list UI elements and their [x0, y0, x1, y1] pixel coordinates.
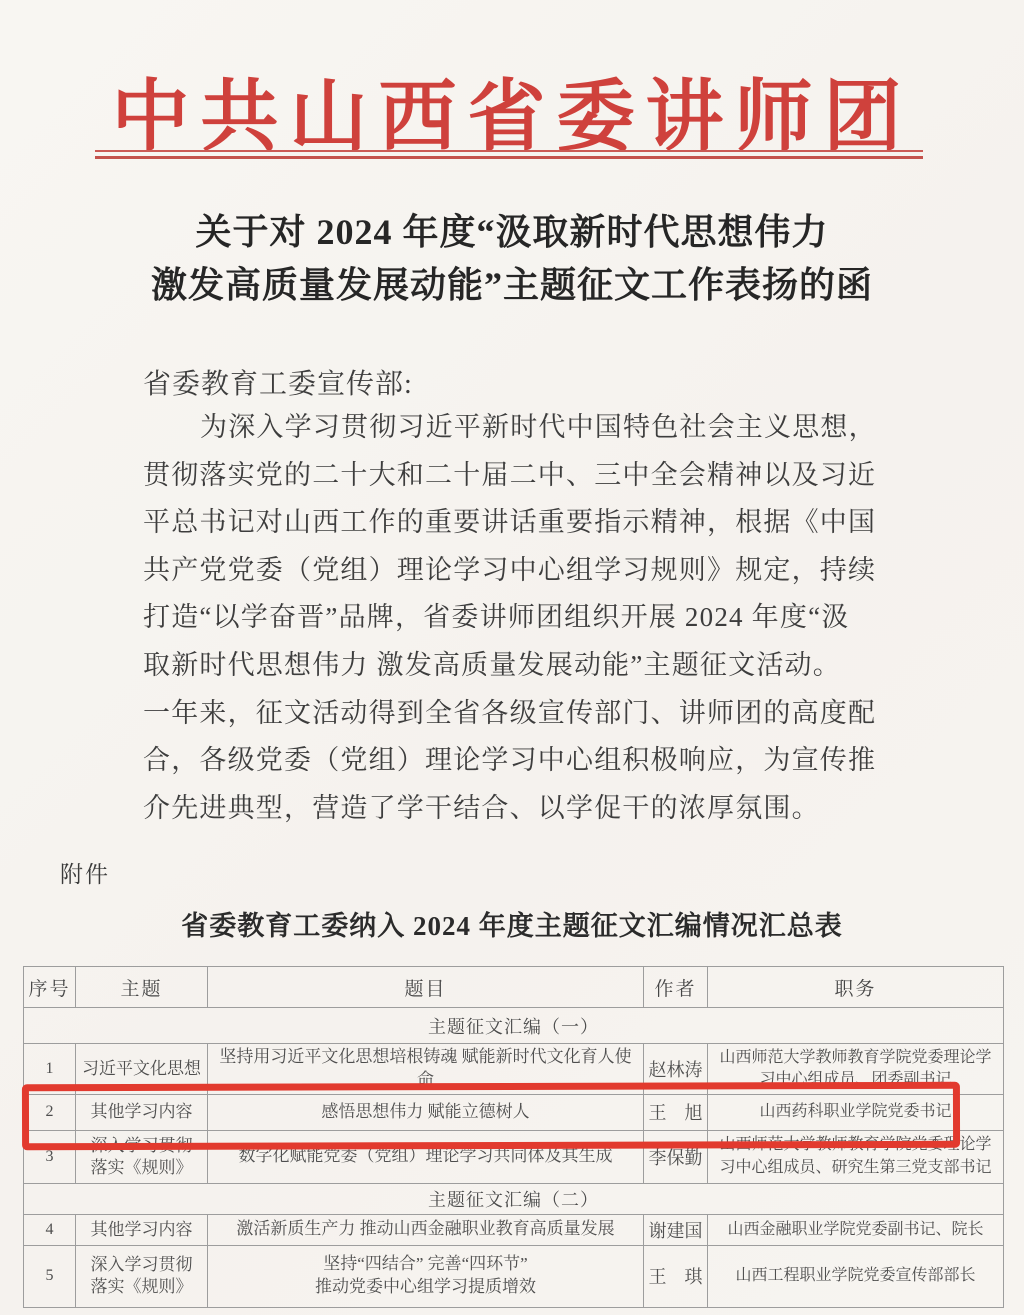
- column-header-position: 职务: [708, 967, 1004, 1008]
- table-row: 5 深入学习贯彻 落实《规则》 坚持“四结合” 完善“四环节” 推动党委中心组学…: [24, 1245, 1004, 1307]
- paragraph-line: 介先进典型，营造了学干结合、以学促干的浓厚氛围。: [143, 785, 903, 833]
- section-row-2: 主题征文汇编（二）: [24, 1183, 1004, 1214]
- paragraph-line: 为深入学习贯彻习近平新时代中国特色社会主义思想，: [143, 404, 903, 452]
- cell-theme: 深入学习贯彻 落实《规则》: [76, 1245, 208, 1307]
- cell-author: 谢建国: [644, 1214, 708, 1245]
- body-paragraph: 为深入学习贯彻习近平新时代中国特色社会主义思想， 贯彻落实党的二十大和二十届二中…: [143, 404, 903, 832]
- table-row: 4 其他学习内容 激活新质生产力 推动山西金融职业教育高质量发展 谢建国 山西金…: [24, 1214, 1004, 1245]
- column-header-title: 题目: [208, 967, 644, 1008]
- cell-title-line1: 坚持“四结合” 完善“四环节”: [212, 1253, 639, 1276]
- cell-position: 山西工程职业学院党委宣传部部长: [708, 1245, 1004, 1307]
- table-title: 省委教育工委纳入 2024 年度主题征文汇编情况汇总表: [0, 904, 1024, 943]
- cell-title: 激活新质生产力 推动山西金融职业教育高质量发展: [208, 1214, 644, 1245]
- letterhead-double-rule: [95, 150, 923, 159]
- column-header-no: 序号: [24, 967, 76, 1008]
- paragraph-line: 共产党党委（党组）理论学习中心组学习规则》规定，持续: [143, 547, 903, 595]
- column-header-theme: 主题: [76, 967, 208, 1008]
- paragraph-line: 一年来，征文活动得到全省各级宣传部门、讲师团的高度配: [143, 690, 903, 738]
- attachment-label: 附件: [60, 856, 110, 889]
- cell-title-line2: 推动党委中心组学习提质增效: [212, 1276, 639, 1299]
- section-label-1: 主题征文汇编（一）: [24, 1008, 1004, 1044]
- document-title: 关于对 2024 年度“汲取新时代思想伟力 激发高质量发展动能”主题征文工作表扬…: [0, 206, 1024, 312]
- cell-no: 5: [24, 1245, 76, 1307]
- document-title-line2: 激发高质量发展动能”主题征文工作表扬的函: [0, 259, 1024, 312]
- section-row-1: 主题征文汇编（一）: [24, 1008, 1004, 1044]
- red-highlight-annotation: [22, 1082, 960, 1150]
- cell-theme-line2: 落实《规则》: [80, 1157, 203, 1179]
- paragraph-line: 贯彻落实党的二十大和二十届二中、三中全会精神以及习近: [143, 452, 903, 500]
- cell-no: 4: [24, 1214, 76, 1245]
- cell-position: 山西金融职业学院党委副书记、院长: [708, 1214, 1004, 1245]
- cell-title: 坚持“四结合” 完善“四环节” 推动党委中心组学习提质增效: [208, 1245, 644, 1307]
- paragraph-line: 平总书记对山西工作的重要讲话重要指示精神，根据《中国: [143, 499, 903, 547]
- paragraph-line: 取新时代思想伟力 激发高质量发展动能”主题征文活动。: [143, 642, 903, 690]
- paragraph-line: 合，各级党委（党组）理论学习中心组积极响应，为宣传推: [143, 737, 903, 785]
- paragraph-line: 打造“以学奋晋”品牌，省委讲师团组织开展 2024 年度“汲: [143, 594, 903, 642]
- salutation: 省委教育工委宣传部:: [143, 362, 413, 402]
- scanned-document-page: 中共山西省委讲师团 关于对 2024 年度“汲取新时代思想伟力 激发高质量发展动…: [0, 0, 1024, 1315]
- document-title-line1: 关于对 2024 年度“汲取新时代思想伟力: [0, 206, 1024, 259]
- cell-theme-line1: 深入学习贯彻: [80, 1254, 203, 1276]
- table-header-row: 序号 主题 题目 作者 职务: [24, 967, 1004, 1008]
- cell-theme-line2: 落实《规则》: [80, 1276, 203, 1298]
- section-label-2: 主题征文汇编（二）: [24, 1183, 1004, 1214]
- cell-theme: 其他学习内容: [76, 1214, 208, 1245]
- cell-author: 王 琪: [644, 1245, 708, 1307]
- column-header-author: 作者: [644, 967, 708, 1008]
